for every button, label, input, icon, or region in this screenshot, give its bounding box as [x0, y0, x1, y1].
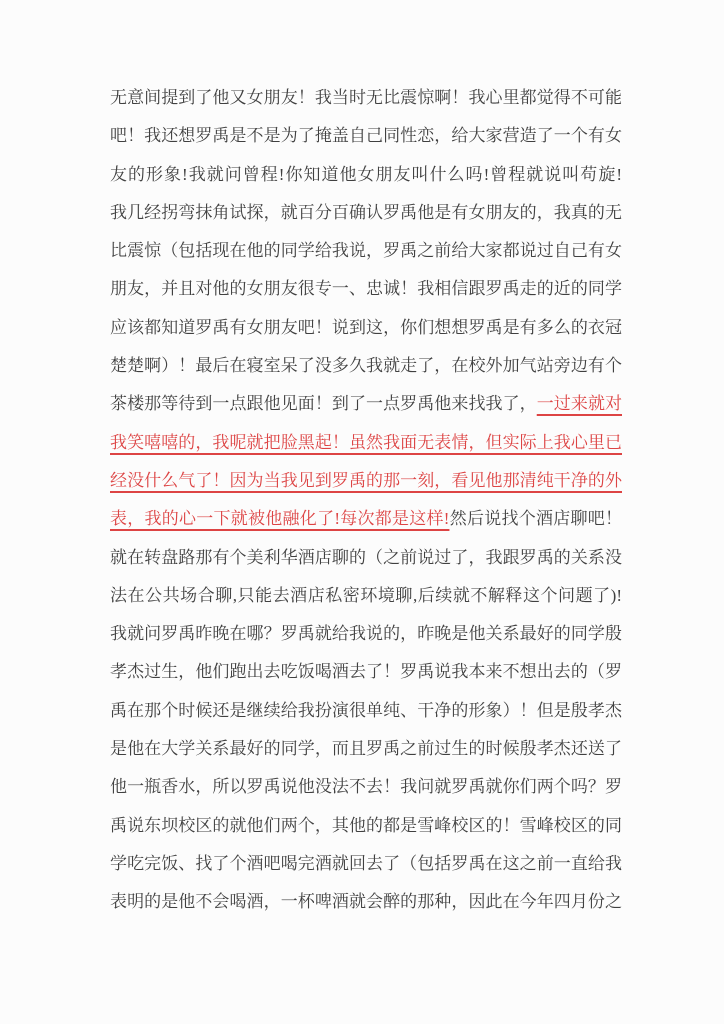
text-line: 法在公共场合聊,只能去酒店私密环境聊,后续就不解释这个问题了)! [110, 577, 622, 615]
text-segment: 茶楼那等待到一点跟他见面！到了一点罗禹他来找我了， [110, 394, 537, 413]
text-line: 表明的是他不会喝酒，一杯啤酒就会醉的那种，因此在今年四月份之 [110, 883, 622, 921]
text-line: 他一瓶香水，所以罗禹说他没法不去！我问就罗禹就你们两个吗？罗 [110, 768, 622, 806]
text-line: 学吃完饭、找了个酒吧喝完酒就回去了（包括罗禹在这之前一直给我 [110, 845, 622, 883]
text-segment: 无意间提到了他又女朋友！我当时无比震惊啊！我心里都觉得不可能 [110, 88, 622, 107]
highlighted-text-segment: 经没什么气了！因为当我见到罗禹的那一刻，看见他那清纯干净的外 [110, 471, 622, 490]
text-line: 禹在那个时候还是继续给我扮演很单纯、干净的形象）！但是殷孝杰 [110, 692, 622, 730]
document-page: 无意间提到了他又女朋友！我当时无比震惊啊！我心里都觉得不可能吧！我还想罗禹是不是… [0, 0, 724, 1024]
highlighted-text-segment: 一过来就对 [537, 394, 622, 413]
text-segment: 禹说东坝校区的就他们两个，其他的都是雪峰校区的！雪峰校区的同 [110, 816, 622, 835]
text-segment: 我就问罗禹昨晚在哪？罗禹就给我说的，昨晚是他关系最好的同学殷 [110, 624, 622, 643]
text-segment: 比震惊（包括现在他的同学给我说，罗禹之前给大家都说过自己有女 [110, 241, 622, 260]
text-line: 我几经拐弯抹角试探，就百分百确认罗禹他是有女朋友的，我真的无 [110, 194, 622, 232]
text-segment: 法在公共场合聊,只能去酒店私密环境聊,后续就不解释这个问题了)! [110, 586, 622, 605]
text-line: 孝杰过生，他们跑出去吃饭喝酒去了！罗禹说我本来不想出去的（罗 [110, 653, 622, 691]
text-line: 吧！我还想罗禹是不是为了掩盖自己同性恋，给大家营造了一个有女 [110, 117, 622, 155]
text-segment: 我几经拐弯抹角试探，就百分百确认罗禹他是有女朋友的，我真的无 [110, 203, 622, 222]
text-segment: 就在转盘路那有个美利华酒店聊的（之前说过了，我跟罗禹的关系没 [110, 548, 622, 567]
text-line: 我就问罗禹昨晚在哪？罗禹就给我说的，昨晚是他关系最好的同学殷 [110, 615, 622, 653]
text-segment: 他一瓶香水，所以罗禹说他没法不去！我问就罗禹就你们两个吗？罗 [110, 777, 622, 796]
text-segment: 楚楚啊）！最后在寝室呆了没多久我就走了，在校外加气站旁边有个 [110, 356, 622, 375]
highlighted-text-segment: 我笑嘻嘻的，我呢就把脸黑起！虽然我面无表情，但实际上我心里已 [110, 433, 622, 452]
highlighted-text-segment: 表，我的心一下就被他融化了!每次都是这样! [110, 509, 449, 528]
text-segment: 友的形象!我就问曾程!你知道他女朋友叫什么吗!曾程就说叫苟旋! [110, 165, 622, 184]
text-segment: 禹在那个时候还是继续给我扮演很单纯、干净的形象）！但是殷孝杰 [110, 701, 622, 720]
text-line: 友的形象!我就问曾程!你知道他女朋友叫什么吗!曾程就说叫苟旋! [110, 156, 622, 194]
text-segment: 吧！我还想罗禹是不是为了掩盖自己同性恋，给大家营造了一个有女 [110, 126, 622, 145]
text-segment: 朋友，并且对他的女朋友很专一、忠诚！我相信跟罗禹走的近的同学 [110, 279, 622, 298]
text-segment: 是他在大学关系最好的同学，而且罗禹之前过生的时候殷孝杰还送了 [110, 739, 622, 758]
text-line: 无意间提到了他又女朋友！我当时无比震惊啊！我心里都觉得不可能 [110, 79, 622, 117]
text-line: 禹说东坝校区的就他们两个，其他的都是雪峰校区的！雪峰校区的同 [110, 807, 622, 845]
text-line: 经没什么气了！因为当我见到罗禹的那一刻，看见他那清纯干净的外 [110, 462, 622, 500]
text-line: 表，我的心一下就被他融化了!每次都是这样!然后说找个酒店聊吧！ [110, 500, 622, 538]
text-line: 应该都知道罗禹有女朋友吧！说到这，你们想想罗禹是有多么的衣冠 [110, 309, 622, 347]
text-line: 楚楚啊）！最后在寝室呆了没多久我就走了，在校外加气站旁边有个 [110, 347, 622, 385]
text-segment: 表明的是他不会喝酒，一杯啤酒就会醉的那种，因此在今年四月份之 [110, 892, 622, 911]
text-line: 是他在大学关系最好的同学，而且罗禹之前过生的时候殷孝杰还送了 [110, 730, 622, 768]
text-segment: 应该都知道罗禹有女朋友吧！说到这，你们想想罗禹是有多么的衣冠 [110, 318, 622, 337]
text-line: 我笑嘻嘻的，我呢就把脸黑起！虽然我面无表情，但实际上我心里已 [110, 424, 622, 462]
text-line: 茶楼那等待到一点跟他见面！到了一点罗禹他来找我了，一过来就对 [110, 385, 622, 423]
text-segment: 孝杰过生，他们跑出去吃饭喝酒去了！罗禹说我本来不想出去的（罗 [110, 662, 622, 681]
document-body: 无意间提到了他又女朋友！我当时无比震惊啊！我心里都觉得不可能吧！我还想罗禹是不是… [110, 79, 622, 922]
text-line: 朋友，并且对他的女朋友很专一、忠诚！我相信跟罗禹走的近的同学 [110, 270, 622, 308]
text-segment: 学吃完饭、找了个酒吧喝完酒就回去了（包括罗禹在这之前一直给我 [110, 854, 622, 873]
text-segment: 然后说找个酒店聊吧！ [449, 509, 622, 528]
text-line: 就在转盘路那有个美利华酒店聊的（之前说过了，我跟罗禹的关系没 [110, 539, 622, 577]
text-line: 比震惊（包括现在他的同学给我说，罗禹之前给大家都说过自己有女 [110, 232, 622, 270]
